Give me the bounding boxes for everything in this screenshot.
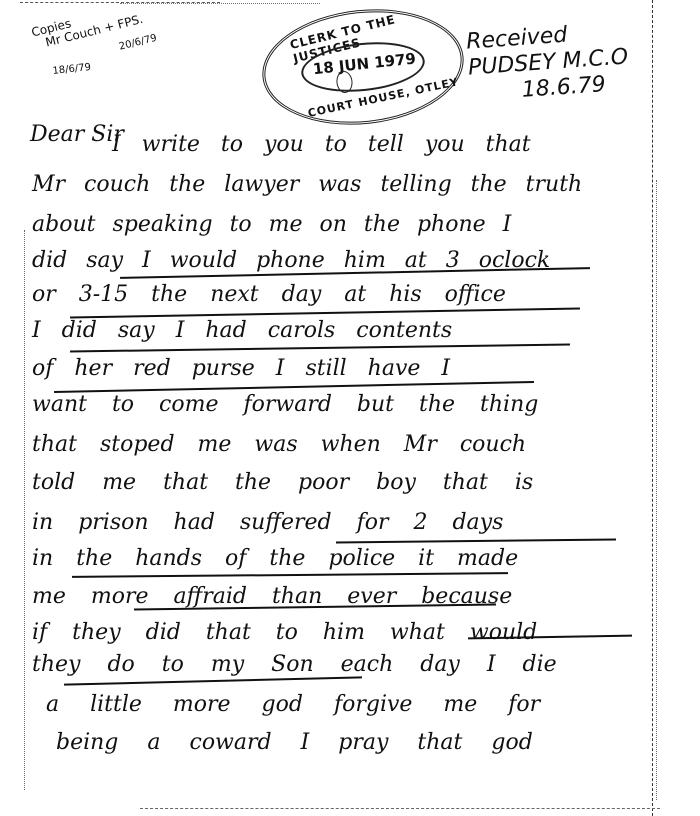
- letter-line-11: in prison had suffered for 2 days: [32, 510, 503, 535]
- letter-line-2: Mr couch the lawyer was telling the trut…: [32, 172, 582, 197]
- underline: [72, 572, 508, 578]
- underline: [70, 308, 580, 319]
- letter-line-1: I write to you to tell you that: [112, 132, 531, 157]
- letter-line-14: if they did that to him what would: [32, 620, 537, 645]
- received-note: Received PUDSEY M.C.O 18.6.79: [465, 19, 630, 108]
- letter-line-12: in the hands of the police it made: [32, 546, 518, 571]
- scan-edge-right-dotted: [656, 180, 657, 800]
- underline: [336, 539, 616, 544]
- scan-edge-left: [24, 230, 25, 790]
- letter-line-6: I did say I had carols contents: [32, 318, 452, 343]
- letter-line-8: want to come forward but the thing: [32, 392, 538, 417]
- margin-note-line3: 20/6/79: [118, 33, 158, 53]
- letter-line-7: of her red purse I still have I: [32, 356, 450, 381]
- greeting: Dear Sir: [30, 122, 124, 147]
- underline: [64, 676, 362, 685]
- court-stamp: CLERK TO THE JUSTICES 18 JUN 1979 COURT …: [257, 0, 470, 134]
- letter-line-9: that stoped me was when Mr couch: [32, 432, 526, 457]
- scan-edge-right: [652, 0, 653, 816]
- letter-line-3: about speaking to me on the phone I: [32, 212, 511, 237]
- letter-line-15: they do to my Son each day I die: [32, 652, 557, 677]
- underline: [70, 344, 570, 353]
- letter-line-17: being a coward I pray that god: [56, 730, 533, 755]
- margin-note-line4: 18/6/79: [52, 62, 92, 77]
- scan-edge-top-dotted: [120, 3, 320, 4]
- letter-line-10: told me that the poor boy that is: [32, 470, 533, 495]
- scan-edge-bottom: [140, 808, 660, 809]
- letter-line-5: or 3-15 the next day at his office: [32, 282, 506, 307]
- letter-page: Copies Mr Couch + FPS. 20/6/79 18/6/79 C…: [0, 0, 700, 816]
- letter-line-16: a little more god forgive me for: [46, 692, 540, 717]
